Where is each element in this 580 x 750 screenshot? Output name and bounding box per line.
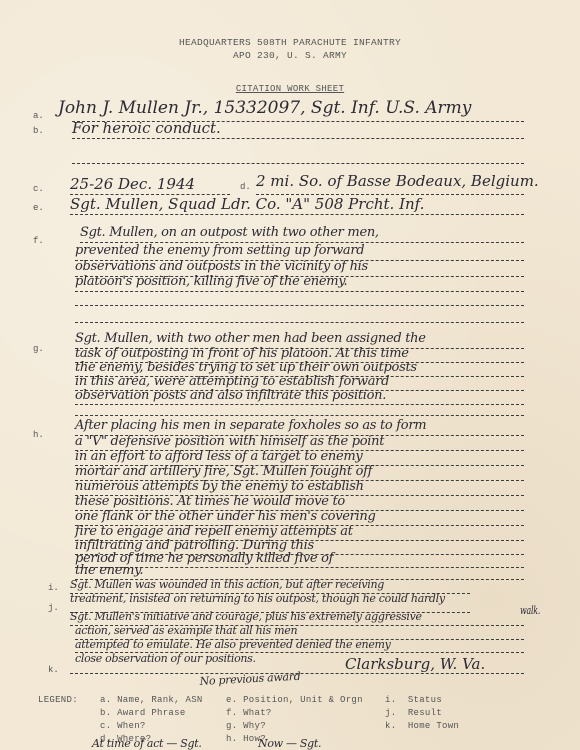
field-h-line: After placing his men in separate foxhol… <box>75 418 426 433</box>
field-h-label: h. <box>33 430 44 440</box>
header-unit: HEADQUARTERS 508TH PARACHUTE INFANTRY <box>0 37 580 48</box>
field-d-value: 2 mi. So. of Basse Bodeaux, Belgium. <box>256 172 539 190</box>
field-e-label: e. <box>33 203 44 213</box>
field-d-label: d. <box>240 182 251 192</box>
field-i-line: walk. <box>520 604 540 617</box>
field-j-line: attempted to emulate. He also prevented … <box>75 638 391 651</box>
field-f-line: prevented the enemy from setting up forw… <box>75 243 364 258</box>
field-h-line: fire to engage and repell enemy attempts… <box>75 524 353 539</box>
annotation-rank-at-time: At time of act — Sgt. <box>92 737 202 750</box>
rule <box>72 138 524 139</box>
field-a-label: a. <box>33 111 44 121</box>
field-c-label: c. <box>33 184 44 194</box>
form-title: CITATION WORK SHEET <box>0 84 580 94</box>
field-h-line: one flank or the other under his men's c… <box>75 509 376 524</box>
annotation-rank-now: Now — Sgt. <box>258 737 321 750</box>
field-h-line: numerous attempts by the enemy to establ… <box>75 479 364 494</box>
header-apo: APO 230, U. S. ARMY <box>0 50 580 61</box>
field-c-value: 25-26 Dec. 1944 <box>70 175 195 193</box>
field-i-line: Sgt. Mullen was wounded in this action, … <box>70 578 384 591</box>
legend-item-k: k. Home Town <box>385 721 459 731</box>
field-j-line: Sgt. Mullen's initiative and courage, pl… <box>70 610 422 623</box>
field-g-line: observation posts and also infiltrate th… <box>75 388 386 403</box>
legend-item-e: e. Position, Unit & Orgn <box>226 695 363 705</box>
field-i-label: i. <box>48 583 59 593</box>
field-g-label: g. <box>33 344 44 354</box>
field-k-value: Clarksburg, W. Va. <box>345 655 485 673</box>
rule <box>75 291 524 292</box>
rule <box>75 415 524 416</box>
rule <box>70 214 524 215</box>
field-h-line: a "V" defensive position with himself as… <box>75 434 384 449</box>
legend-item-c: c. When? <box>100 721 146 731</box>
field-j-line: action, served as example that all his m… <box>75 624 297 637</box>
legend-item-f: f. What? <box>226 708 272 718</box>
field-h-line: in an effort to afford less of a target … <box>75 449 362 464</box>
form-title-text: CITATION WORK SHEET <box>236 84 344 94</box>
field-f-line: observations and outposts in the vicinit… <box>75 259 368 274</box>
field-f-line: Sgt. Mullen, on an outpost with two othe… <box>80 225 379 240</box>
legend-item-g: g. Why? <box>226 721 266 731</box>
field-g-line: task of outposting in front of his plato… <box>75 346 409 361</box>
legend-item-b: b. Award Phrase <box>100 708 186 718</box>
field-b-label: b. <box>33 126 44 136</box>
field-f-label: f. <box>33 236 44 246</box>
rule <box>75 305 524 306</box>
rule <box>75 404 524 405</box>
field-g-line: the enemy, besides trying to set up thei… <box>75 360 417 375</box>
field-g-line: in this area, were attempting to establi… <box>75 374 389 389</box>
field-g-line: Sgt. Mullen, with two other men had been… <box>75 331 426 346</box>
legend-item-a: a. Name, Rank, ASN <box>100 695 203 705</box>
field-a-value: John J. Mullen Jr., 15332097, Sgt. Inf. … <box>58 98 471 118</box>
field-k-label: k. <box>48 665 59 675</box>
field-j-line: close observation of our positions. <box>75 652 256 665</box>
legend-item-j: j. Result <box>385 708 442 718</box>
field-h-line: the enemy. <box>75 563 143 578</box>
legend-item-i: i. Status <box>385 695 442 705</box>
field-j-label: j. <box>48 603 59 613</box>
rule <box>72 163 524 164</box>
legend-title: LEGEND: <box>38 695 78 705</box>
rule <box>75 322 524 323</box>
field-i-line: treatment, insisted on returning to his … <box>70 592 445 605</box>
field-h-line: these positions. At times he would move … <box>75 494 345 509</box>
field-b-value: For heroic conduct. <box>72 119 221 137</box>
field-e-value: Sgt. Mullen, Squad Ldr. Co. "A" 508 Prch… <box>70 195 424 213</box>
field-h-line: mortar and artillery fire, Sgt. Mullen f… <box>75 464 372 479</box>
field-f-line: platoon's position, killing five of the … <box>75 274 347 289</box>
